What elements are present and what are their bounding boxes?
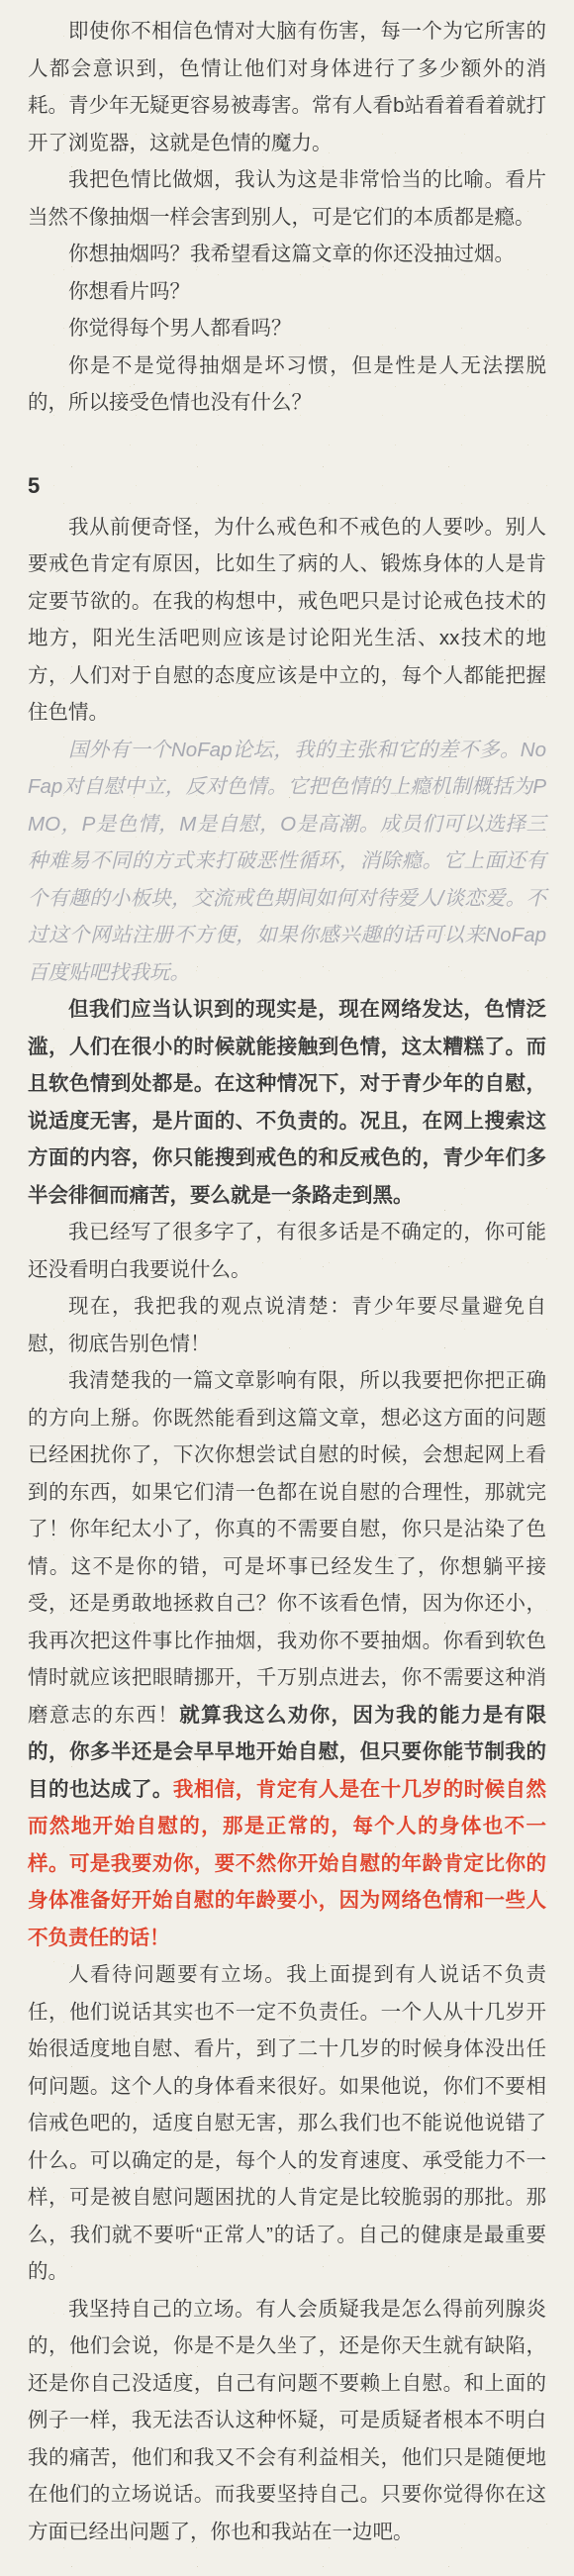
paragraph-advice-mixed: 我清楚我的一篇文章影响有限，所以我要把你把正确的方向上掰。你既然能看到这篇文章，…	[28, 1362, 546, 1956]
paragraph-standpoint: 人看待问题要有立场。我上面提到有人说话不负责任，他们说话其实也不一定不负责任。一…	[28, 1956, 546, 2291]
paragraph-main-viewpoint: 现在，我把我的观点说清楚：青少年要尽量避免自慰，彻底告别色情！	[28, 1288, 546, 1362]
paragraph-many-words: 我已经写了很多字了，有很多话是不确定的，你可能还没看明白我要说什么。	[28, 1214, 546, 1288]
paragraph-conclusion: 我坚持自己的立场。有人会质疑我是怎么得前列腺炎的，他们会说，你是不是久坐了，还是…	[28, 2291, 546, 2551]
paragraph-why-argue: 我从前便奇怪，为什么戒色和不戒色的人要吵。别人要戒色肯定有原因，比如生了病的人、…	[28, 509, 546, 732]
paragraph-question-bad-habit: 你是不是觉得抽烟是坏习惯，但是性是人无法摆脱的，所以接受色情也没有什么？	[28, 347, 546, 422]
text-run-normal: 我清楚我的一篇文章影响有限，所以我要把你把正确的方向上掰。你既然能看到这篇文章，…	[28, 1369, 546, 1727]
section-number-heading: 5	[28, 471, 546, 501]
paragraph-nofap-note: 国外有一个NoFap论坛，我的主张和它的差不多。NoFap对自慰中立，反对色情。…	[28, 732, 546, 992]
paragraph-reality-bold: 但我们应当认识到的现实是，现在网络发达，色情泛滥，人们在很小的时候就能接触到色情…	[28, 991, 546, 1214]
paragraph-smoking-analogy-intro: 即使你不相信色情对大脑有伤害，每一个为它所害的人都会意识到，色情让他们对身体进行…	[28, 13, 546, 161]
paragraph-question-every-man: 你觉得每个男人都看吗？	[28, 310, 546, 347]
paragraph-porn-as-cigarette: 我把色情比做烟，我认为这是非常恰当的比喻。看片当然不像抽烟一样会害到别人，可是它…	[28, 161, 546, 236]
text-run-red-highlight: 我相信，肯定有人是在十几岁的时候自然而然地开始自慰的，那是正常的，每个人的身体也…	[28, 1778, 546, 1949]
article-body: 即使你不相信色情对大脑有伤害，每一个为它所害的人都会意识到，色情让他们对身体进行…	[0, 0, 574, 2576]
paragraph-question-smoke: 你想抽烟吗？我希望看这篇文章的你还没抽过烟。	[28, 236, 546, 273]
paragraph-question-watch: 你想看片吗？	[28, 273, 546, 311]
